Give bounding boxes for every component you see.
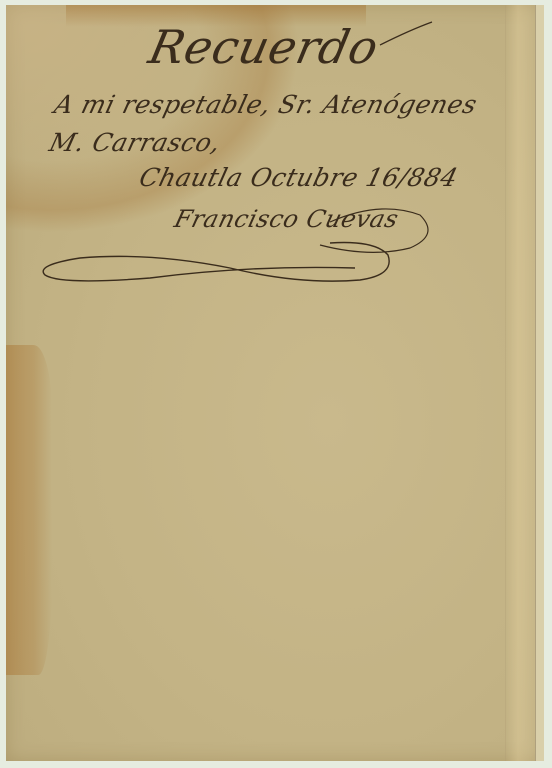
paper-right-edge: [535, 5, 544, 761]
place-date-line: Chautla Octubre 16/884: [136, 163, 461, 192]
signature: Francisco Cuevas: [172, 205, 402, 233]
paper-fold: [505, 5, 536, 761]
dedication-line-2: M. Carrasco,: [46, 128, 223, 157]
document-title: Recuerdo: [144, 20, 383, 74]
water-stain-left-edge: [6, 345, 52, 675]
dedication-line-1: A mi respetable, Sr. Atenógenes: [51, 90, 480, 119]
